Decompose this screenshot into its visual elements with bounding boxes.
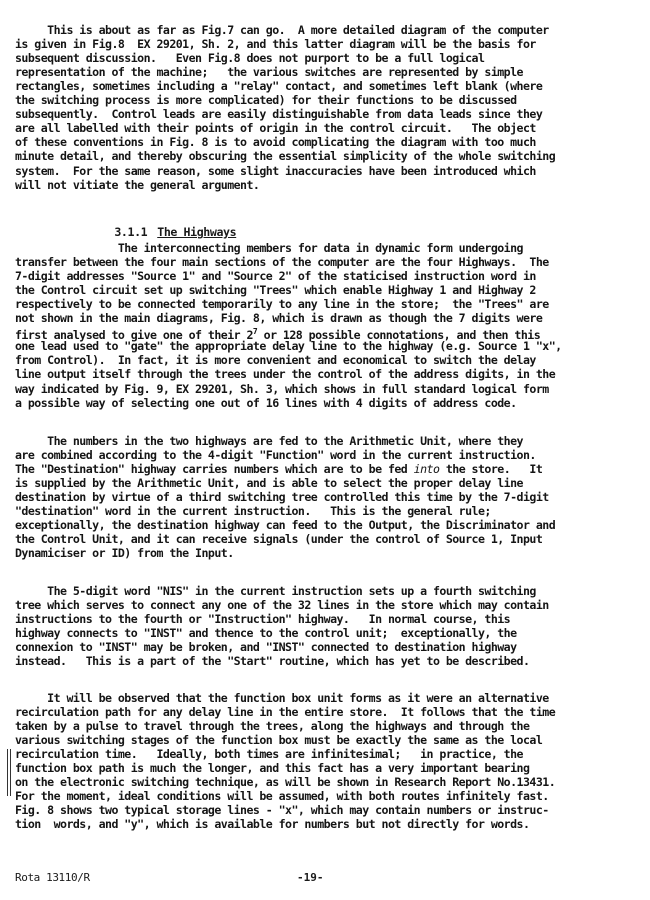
text-line: are combined according to the 4-digit "F… (15, 448, 536, 462)
text-line: a possible way of selecting one out of 1… (15, 396, 517, 410)
text-line: subsequently. Control leads are easily d… (15, 107, 542, 121)
section-heading: 3.1.1The Highways (88, 211, 236, 253)
text-line: line output itself through the trees und… (15, 367, 555, 381)
text-line: function box path is much the longer, an… (15, 761, 529, 775)
text-line: not shown in the main diagrams, Fig. 8, … (15, 311, 542, 325)
text-line: For the moment, ideal conditions will be… (15, 789, 549, 803)
text-line: on the electronic switching technique, a… (15, 775, 555, 789)
text-line: of these conventions in Fig. 8 is to avo… (15, 135, 536, 149)
text-line: the switching process is more complicate… (15, 93, 517, 107)
text-line: way indicated by Fig. 9, EX 29201, Sh. 3… (15, 382, 549, 396)
text-line: various switching stages of the function… (15, 733, 542, 747)
text-line: the Control Unit, and it can receive sig… (15, 532, 542, 546)
text-line: The numbers in the two highways are fed … (15, 434, 523, 448)
section-number: 3.1.1 (114, 225, 147, 239)
text-line: highway connects to "INST" and thence to… (15, 626, 517, 640)
text-line: "destination" word in the current instru… (15, 504, 491, 518)
text-line: rectangles, sometimes including a "relay… (15, 79, 542, 93)
section-title: The Highways (157, 225, 236, 239)
text-line: recirculation time. Ideally, both times … (15, 747, 523, 761)
text-line: instructions to the fourth or "Instructi… (15, 612, 510, 626)
text-line: Dynamiciser or ID) from the Input. (15, 546, 234, 560)
text-line: The 5-digit word "NIS" in the current in… (15, 584, 536, 598)
text-line: recirculation path for any delay line in… (15, 705, 555, 719)
text-line: one lead used to "gate" the appropriate … (15, 339, 562, 353)
footer-page-number: -19- (297, 871, 324, 884)
text-line: representation of the machine; the vario… (15, 65, 523, 79)
text-line: transfer between the four main sections … (15, 255, 549, 269)
text-line: subsequent discussion. Even Fig.8 does n… (15, 51, 484, 65)
text-line: It will be observed that the function bo… (15, 691, 549, 705)
text-line: taken by a pulse to travel through the t… (15, 719, 529, 733)
text-line: respectively to be connected temporarily… (15, 297, 549, 311)
text-line: is supplied by the Arithmetic Unit, and … (15, 476, 523, 490)
text-line: tree which serves to connect any one of … (15, 598, 549, 612)
text-line: minute detail, and thereby obscuring the… (15, 149, 555, 163)
text-line: connexion to "INST" may be broken, and "… (15, 640, 517, 654)
text-line: will not vitiate the general argument. (15, 178, 259, 192)
text-line: Fig. 8 shows two typical storage lines -… (15, 803, 549, 817)
text-line: 7-digit addresses "Source 1" and "Source… (15, 269, 536, 283)
text-line: This is about as far as Fig.7 can go. A … (15, 23, 549, 37)
text-line: the Control circuit set up switching "Tr… (15, 283, 536, 297)
text-line: The "Destination" highway carries number… (15, 462, 542, 476)
text-line: exceptionally, the destination highway c… (15, 518, 555, 532)
text-line: from Control). In fact, it is more conve… (15, 353, 536, 367)
text-line: instead. This is a part of the "Start" r… (15, 654, 529, 668)
text-line: destination by virtue of a third switchi… (15, 490, 549, 504)
text-line: is given in Fig.8 EX 29201, Sh. 2, and t… (15, 37, 536, 51)
text-line: are all labelled with their points of or… (15, 121, 536, 135)
margin-change-bar (7, 749, 11, 796)
text-line: tion words, and "y", which is available … (15, 817, 529, 831)
document-page: This is about as far as Fig.7 can go. A … (0, 0, 650, 900)
footer-reference: Rota 13110/R (15, 871, 90, 884)
text-line: system. For the same reason, some slight… (15, 164, 536, 178)
